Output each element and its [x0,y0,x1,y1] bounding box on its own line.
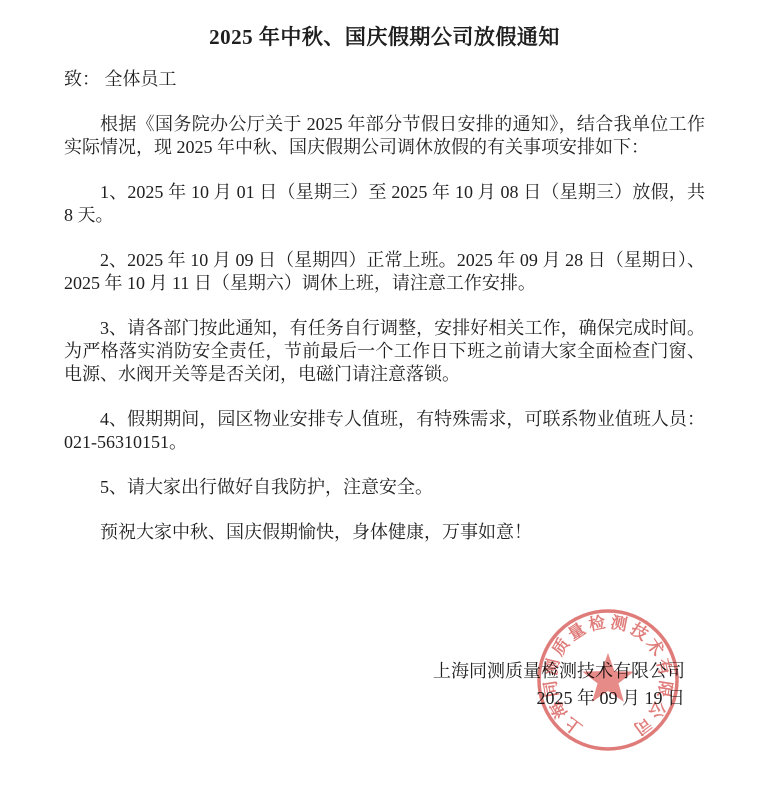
paragraph-item-2: 2、2025 年 10 月 09 日（星期四）正常上班。2025 年 09 月 … [64,249,705,295]
paragraph-item-4: 4、假期期间，园区物业安排专人值班，有特殊需求，可联系物业值班人员：021-56… [64,408,705,454]
svg-text:检: 检 [587,612,608,635]
svg-text:有: 有 [653,657,676,678]
svg-text:测: 测 [541,656,563,677]
svg-text:限: 限 [654,679,675,699]
star-icon [582,653,633,702]
notice-document: 2025 年中秋、国庆假期公司放假通知 致： 全体员工 根据《国务院办公厅关于 … [0,0,769,810]
salutation-line: 致： 全体员工 [64,68,705,91]
paragraph-item-3: 3、请各部门按此通知，有任务自行调整，安排好相关工作，确保完成时间。为严格落实消… [64,317,705,386]
company-seal-graphic: 上海同测质量检测技术有限公司 [534,606,682,754]
paragraph-item-5: 5、请大家出行做好自我防护，注意安全。 [64,476,705,499]
paragraph-intro: 根据《国务院办公厅关于 2025 年部分节假日安排的通知》，结合我单位工作实际情… [64,113,705,159]
svg-text:测: 测 [609,613,629,635]
paragraph-item-1: 1、2025 年 10 月 01 日（星期三）至 2025 年 10 月 08 … [64,181,705,227]
svg-text:术: 术 [642,633,669,659]
svg-text:同: 同 [541,679,562,698]
notice-body: 根据《国务院办公厅关于 2025 年部分节假日安排的通知》，结合我单位工作实际情… [64,113,705,544]
company-seal-stamp: 上海同测质量检测技术有限公司 [534,606,682,754]
paragraph-closing: 预祝大家中秋、国庆假期愉快，身体健康，万事如意！ [64,521,705,544]
notice-title: 2025 年中秋、国庆假期公司放假通知 [0,0,769,52]
